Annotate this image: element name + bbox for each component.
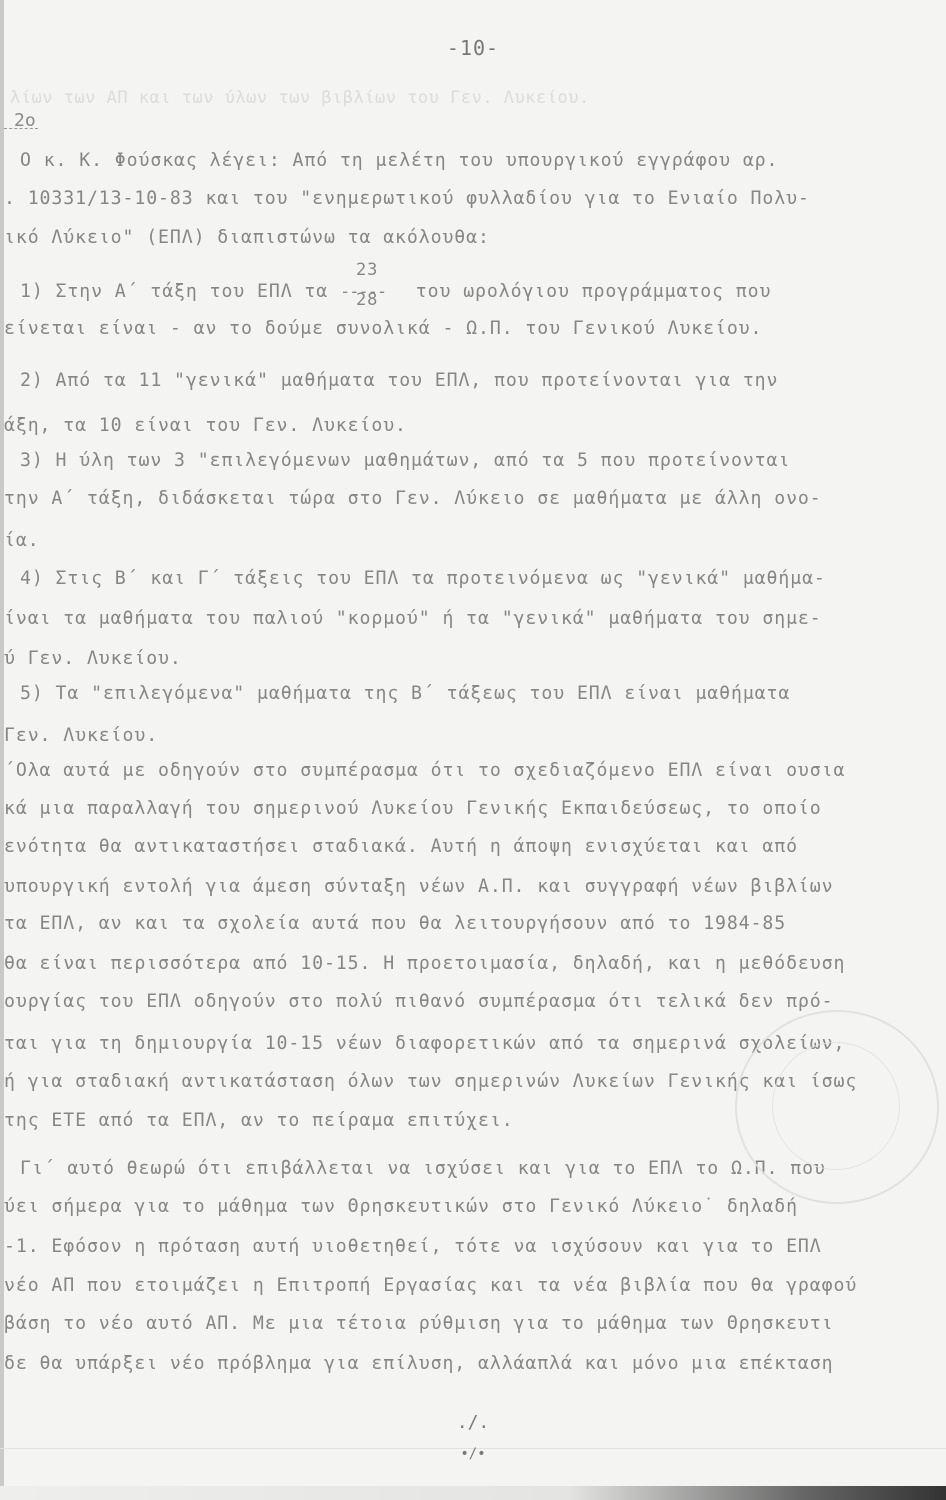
- bleed-through-text: λίων των ΑΠ και των ύλων των βιβλίων του…: [10, 88, 590, 108]
- text-line: 2) Από τα 11 "γενικά" μαθήματα του ΕΠΛ, …: [20, 370, 778, 391]
- text-line: ή για σταδιακή αντικατάσταση όλων των ση…: [4, 1071, 857, 1092]
- text-line: ίναι τα μαθήματα του παλιού "κορμού" ή τ…: [4, 608, 822, 629]
- stamp-inner-ring: [772, 1042, 900, 1170]
- text-line: ύ Γεν. Λυκείου.: [4, 648, 182, 669]
- text-line: ουργίας του ΕΠΛ οδηγούν στο πολύ πιθανό …: [4, 991, 834, 1012]
- text-line: θα είναι περισσότερα από 10-15. Η προετο…: [4, 953, 845, 974]
- text-line: ΄Ολα αυτά με οδηγούν στο συμπέρασμα ότι …: [4, 760, 845, 781]
- text-line: ται για τη δημιουργία 10-15 νέων διαφορε…: [4, 1033, 845, 1054]
- text-line: νέο ΑΠ που ετοιμάζει η Επιτροπή Εργασίας…: [4, 1275, 857, 1296]
- text-line: ικό Λύκειο" (ΕΠΛ) διαπιστώνω τα ακόλουθα…: [4, 227, 490, 248]
- scan-bottom-edge: [0, 1486, 946, 1500]
- text-line: Ο κ. Κ. Φούσκας λέγει: Από τη μελέτη του…: [20, 150, 778, 171]
- text-line: ία.: [4, 530, 40, 551]
- item-1-line: 1) Στην Α΄ τάξη του ΕΠΛ τα 23-----28 του…: [20, 281, 771, 302]
- fraction-numerator: 23: [356, 260, 378, 280]
- text-line: ενότητα θα αντικαταστήσει σταδιακά. Αυτή…: [4, 836, 798, 857]
- text-line: . 10331/13-10-83 και του "ενημερωτικού φ…: [4, 188, 810, 209]
- text-line: την Α΄ τάξη, διδάσκεται τώρα στο Γεν. Λύ…: [4, 488, 822, 509]
- fraction-23-28: 23-----28: [340, 282, 404, 302]
- text-line: -1. Εφόσον η πρόταση αυτή υιοθετηθεί, τό…: [4, 1236, 822, 1257]
- circular-stamp-icon: [735, 1010, 939, 1204]
- text-line: δε θα υπάρξει νέο πρόβλημα για επίλυση, …: [4, 1353, 834, 1374]
- text-line: είνεται είναι - αν το δούμε συνολικά - Ω…: [4, 318, 762, 339]
- text-line: ύει σήμερα για το μάθημα των Θρησκευτικώ…: [4, 1196, 798, 1217]
- text-line: Γεν. Λυκείου.: [4, 725, 158, 746]
- continuation-mark-bleed: •/•: [0, 1446, 946, 1462]
- text-line: της ΕΤΕ από τα ΕΠΛ, αν το πείραμα επιτύχ…: [4, 1110, 514, 1131]
- text-line: 3) Η ύλη των 3 "επιλεγόμενων μαθημάτων, …: [20, 450, 790, 471]
- page-number: -10-: [0, 36, 946, 60]
- item-1-prefix: 1) Στην Α΄ τάξη του ΕΠΛ τα: [20, 281, 340, 302]
- section-underline: [4, 128, 38, 129]
- text-line: Γι΄ αυτό θεωρώ ότι επιβάλλεται να ισχύσε…: [20, 1158, 826, 1179]
- item-1-suffix: του ωρολόγιου προγράμματος που: [404, 281, 771, 302]
- fraction-denominator: 28: [356, 290, 378, 310]
- text-line: 5) Τα "επιλεγόμενα" μαθήματα της Β΄ τάξε…: [20, 683, 790, 704]
- continuation-mark: ./.: [0, 1412, 946, 1433]
- text-line: τα ΕΠΛ, αν και τα σχολεία αυτά που θα λε…: [4, 913, 786, 934]
- text-line: βάση το νέο αυτό ΑΠ. Με μια τέτοια ρύθμι…: [4, 1313, 834, 1334]
- text-line: 4) Στις Β΄ και Γ΄ τάξεις του ΕΠΛ τα προτ…: [20, 568, 826, 589]
- text-line: κά μια παραλλαγή του σημερινού Λυκείου Γ…: [4, 798, 822, 819]
- text-line: υπουργική εντολή για άμεση σύνταξη νέων …: [4, 876, 834, 897]
- text-line: άξη, τα 10 είναι του Γεν. Λυκείου.: [4, 415, 407, 436]
